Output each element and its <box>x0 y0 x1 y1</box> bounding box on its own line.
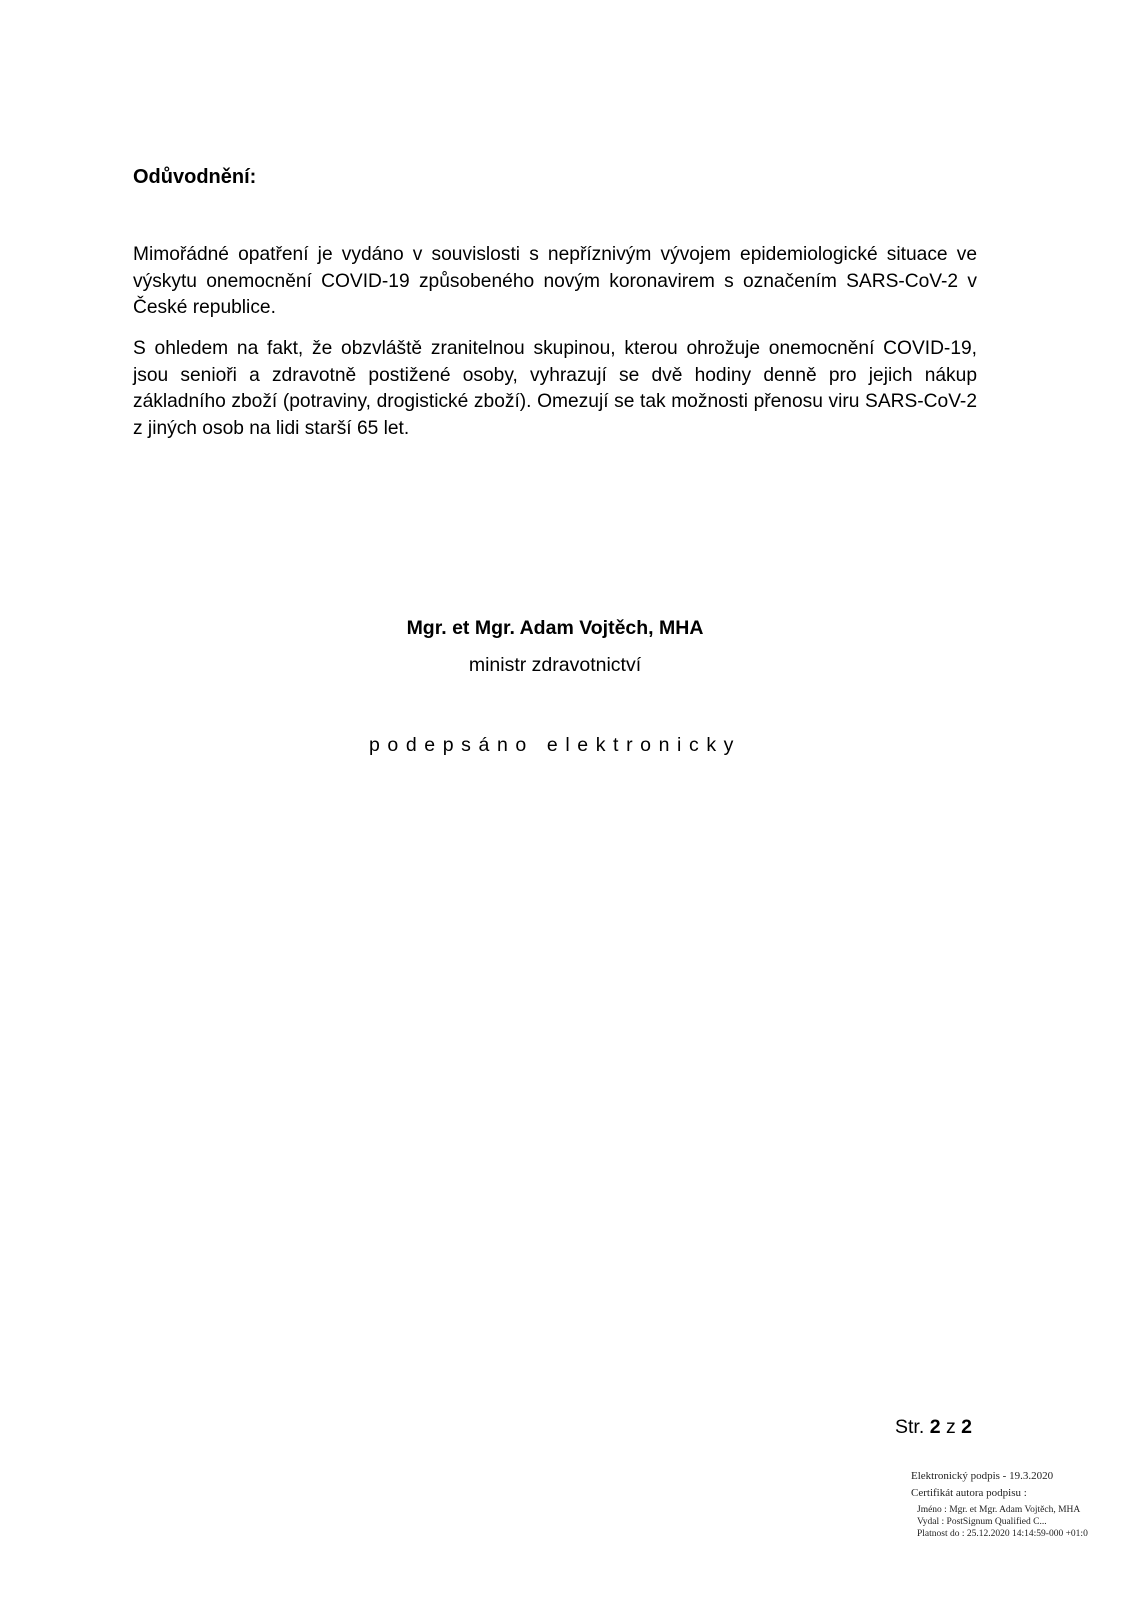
page-number-prefix: Str. <box>895 1416 924 1438</box>
electronic-signature-block: Elektronický podpis - 19.3.2020 Certifik… <box>911 1468 1131 1540</box>
signatory-title: ministr zdravotnictví <box>0 654 1110 677</box>
esig-certificate-label: Certifikát autora podpisu : <box>911 1485 1131 1502</box>
section-heading: Odůvodnění: <box>133 166 256 189</box>
page-number: Str. 2 z 2 <box>895 1416 972 1439</box>
signatory-name: Mgr. et Mgr. Adam Vojtěch, MHA <box>0 617 1110 640</box>
esig-validity-line: Platnost do : 25.12.2020 14:14:59-000 +0… <box>917 1528 1131 1540</box>
paragraph-justification-1: Mimořádné opatření je vydáno v souvislos… <box>133 242 977 322</box>
page-number-current: 2 <box>930 1416 941 1438</box>
esig-name-line: Jméno : Mgr. et Mgr. Adam Vojtěch, MHA <box>917 1504 1131 1516</box>
signed-electronically-note: podepsáno elektronicky <box>0 734 1110 757</box>
esig-date-line: Elektronický podpis - 19.3.2020 <box>911 1468 1131 1485</box>
paragraph-justification-2: S ohledem na fakt, že obzvláště zranitel… <box>133 336 977 442</box>
esig-issuer-line: Vydal : PostSignum Qualified C... <box>917 1516 1131 1528</box>
page-number-separator: z <box>946 1416 956 1438</box>
page-number-total: 2 <box>961 1416 972 1438</box>
